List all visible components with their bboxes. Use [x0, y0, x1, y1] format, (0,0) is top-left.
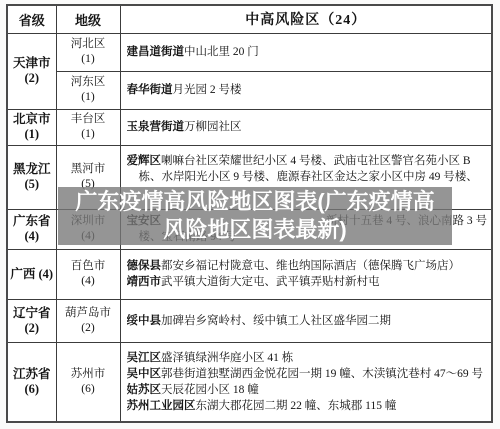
province-cell-guangxi: 广西 (4) [7, 249, 56, 299]
prefecture-name: 百色市 [57, 259, 120, 274]
province-cell-liaoning: 辽宁省 (2) [7, 299, 56, 342]
province-cell-guangdong: 广东省 (4) [7, 209, 56, 249]
risk-cell: 玉泉营街道万柳园社区 [120, 109, 492, 145]
prefecture-name: 黑河市 [57, 162, 120, 177]
prefecture-cell: 苏州市 (6) [56, 342, 120, 422]
watermark-overlay: 广东疫情高风险地区图表(广东疫情高 风险地区图表最新) [58, 187, 452, 245]
province-count: (1) [8, 127, 56, 142]
table-row: 辽宁省 (2) 葫芦岛市 (2) 绥中县加碑岩乡窝岭村、绥中镇工人社区盛华园二期 [7, 299, 492, 342]
risk-line: 建昌道街道中山北里 20 门 [127, 44, 490, 60]
province-name: 江苏省 [8, 367, 56, 382]
province-cell-tianjin: 天津市 (2) [7, 33, 56, 109]
header-prefecture: 地级 [56, 5, 120, 33]
prefecture-cell: 河北区 (1) [56, 33, 120, 71]
risk-line: 春华街道月光园 2 号楼 [127, 82, 490, 98]
province-count: (4) [8, 229, 56, 244]
prefecture-count: (6) [57, 382, 120, 397]
prefecture-cell: 河东区 (1) [56, 71, 120, 109]
risk-line: 姑苏区天辰花园小区 18 幢 [127, 382, 490, 398]
risk-line: 吴中区郭巷街道独墅湖西金悦花园一期 19 幢、木渎镇沈巷村 47～69 号 [127, 366, 490, 382]
table-row: 北京市 (1) 丰台区 (1) 玉泉营街道万柳园社区 [7, 109, 492, 145]
prefecture-cell: 葫芦岛市 (2) [56, 299, 120, 342]
prefecture-name: 葫芦岛市 [57, 306, 120, 321]
prefecture-name: 丰台区 [57, 112, 120, 127]
prefecture-count: (1) [57, 90, 120, 105]
prefecture-name: 河北区 [57, 37, 120, 52]
header-province: 省级 [7, 5, 56, 33]
province-cell-heilongjiang: 黑龙江 (5) [7, 145, 56, 209]
risk-cell: 德保县都安乡福记村陇意屯、维也纳国际酒店（德保腾飞广场店） 靖西市武平镇大道街大… [120, 249, 492, 299]
prefecture-count: (2) [57, 321, 120, 336]
risk-cell: 建昌道街道中山北里 20 门 [120, 33, 492, 71]
risk-line: 玉泉营街道万柳园社区 [127, 119, 490, 135]
table-row: 江苏省 (6) 苏州市 (6) 吴江区盛泽镇绿洲华庭小区 41 栋 吴中区郭巷街… [7, 342, 492, 422]
province-name: 北京市 [8, 112, 56, 127]
province-count: (2) [8, 321, 56, 336]
province-cell-beijing: 北京市 (1) [7, 109, 56, 145]
risk-line: 爱辉区喇嘛台社区荣耀世纪小区 4 号楼、武庙屯社区警官名苑小区 B [127, 153, 490, 169]
prefecture-count: (4) [57, 274, 120, 289]
watermark-title-line2: 风险地区图表最新) [163, 216, 346, 244]
province-name: 广东省 [8, 214, 56, 229]
risk-area-table-image: 省级 地级 中高风险区（24） 天津市 (2) 河北区 (1) 建昌道街道中山北… [0, 0, 500, 429]
province-cell-jiangsu: 江苏省 (6) [7, 342, 56, 422]
risk-line: 吴江区盛泽镇绿洲华庭小区 41 栋 [127, 350, 490, 366]
prefecture-name: 苏州市 [57, 367, 120, 382]
risk-line: 德保县都安乡福记村陇意屯、维也纳国际酒店（德保腾飞广场店） [127, 258, 490, 274]
table-row: 天津市 (2) 河北区 (1) 建昌道街道中山北里 20 门 [7, 33, 492, 71]
prefecture-cell: 百色市 (4) [56, 249, 120, 299]
risk-line: 苏州工业园区东湖大郡花园二期 22 幢、东城郡 115 幢 [127, 398, 490, 414]
risk-line: 栋、水岸阳光小区 9 号楼、鹿源春社区金达之家小区中房 49 号楼、 [127, 169, 490, 185]
table-row: 广西 (4) 百色市 (4) 德保县都安乡福记村陇意屯、维也纳国际酒店（德保腾飞… [7, 249, 492, 299]
prefecture-count: (1) [57, 127, 120, 142]
risk-line: 绥中县加碑岩乡窝岭村、绥中镇工人社区盛华园二期 [127, 313, 490, 329]
risk-cell: 吴江区盛泽镇绿洲华庭小区 41 栋 吴中区郭巷街道独墅湖西金悦花园一期 19 幢… [120, 342, 492, 422]
province-count: (5) [8, 177, 56, 192]
province-name: 黑龙江 [8, 162, 56, 177]
risk-cell: 绥中县加碑岩乡窝岭村、绥中镇工人社区盛华园二期 [120, 299, 492, 342]
province-name: 广西 (4) [8, 267, 56, 282]
risk-line: 靖西市武平镇大道街大定屯、武平镇弄贴村新村屯 [127, 274, 490, 290]
risk-cell: 春华街道月光园 2 号楼 [120, 71, 492, 109]
province-name: 天津市 [8, 56, 56, 71]
prefecture-count: (1) [57, 52, 120, 67]
prefecture-name: 河东区 [57, 75, 120, 90]
prefecture-cell: 丰台区 (1) [56, 109, 120, 145]
header-row: 省级 地级 中高风险区（24） [7, 5, 492, 33]
header-risk-area: 中高风险区（24） [120, 5, 492, 33]
watermark-title-line1: 广东疫情高风险地区图表(广东疫情高 [75, 188, 434, 216]
province-name: 辽宁省 [8, 306, 56, 321]
province-count: (6) [8, 382, 56, 397]
table-row: 河东区 (1) 春华街道月光园 2 号楼 [7, 71, 492, 109]
province-count: (2) [8, 71, 56, 86]
